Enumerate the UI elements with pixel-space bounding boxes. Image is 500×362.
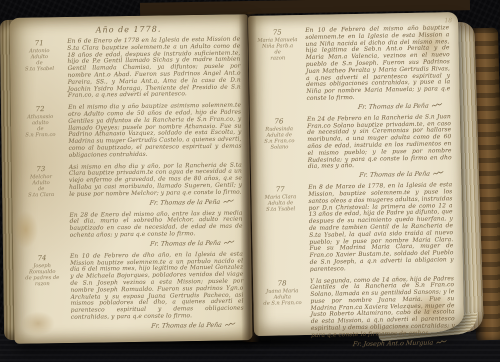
priest-signature: Fr. Thomas de la Peña [308,169,453,180]
entry-margin: 76 Rudesinda Adulta de S.n Fran.co Solan… [257,117,302,181]
baptism-entry: 74 Joseph Romualdo de padres de razon En… [20,251,244,331]
right-page: 18 75 Maria Manuela Niña Parb.a de razon… [248,12,464,336]
entry-body-text: Y la segunda, como de 14 años, hija de P… [310,276,455,340]
right-page-content: 75 Maria Manuela Niña Parb.a de razon En… [255,25,455,326]
entry-number: 78 [260,279,304,288]
baptism-entry: 73 Melchor Adulto de S.ta Clara Asi mism… [19,162,243,208]
signature-text: Fr. Thomas de la Peña [359,170,431,178]
baptism-entry: 72 Athanasio adulto de S.n Fran.co En el… [18,103,242,160]
entry-margin-note: Rudesinda Adulta de S.n Fran.co Solano [257,126,301,151]
entry-number: 75 [255,28,299,37]
entry-margin-note: Maria Clara Adulta de S.ta Ysabel [258,194,302,213]
entry-margin: 71 Antonio Adulto de S.ta Ysabel [17,39,62,101]
rubric-flourish-icon [436,338,448,346]
priest-signature: Fr. Thomas de la Peña [306,101,451,112]
entry-margin [19,212,63,249]
entry-number [19,212,63,213]
priest-signature: Fr. Thomas de la Peña [69,197,243,207]
year-header: Año de 1778. [17,24,240,36]
signature-text: Fr. Thomas de la Peña [150,239,222,247]
baptism-entry: En 28 de Enero del mismo año, entre las … [19,210,242,249]
entry-body-text: En el mismo dia y año bauptize asimismo … [68,103,242,160]
entry-margin: 77 Maria Clara Adulta de S.ta Ysabel [258,185,304,274]
entry-margin: 74 Joseph Romualdo de padres de razon [20,254,65,332]
baptism-entry: 78 Juana Maria Adulta de S.n Fran.co Y l… [260,276,455,350]
entry-margin-note: Juana Maria Adulta de S.n Fran.co [260,288,304,307]
priest-signature: Fr. Thomas de la Peña [70,320,244,330]
entry-body-text: En 28 de Enero del mismo año, entre las … [69,210,242,239]
entry-number: 71 [17,39,61,48]
folio-number: 18 [444,17,452,24]
entry-body-text: En 10 de Febrero del mismo año bauptize … [305,25,450,103]
baptism-entry: 75 Maria Manuela Niña Parb.a de razon En… [255,25,451,112]
signature-text: Fr. Thomas de la Peña [151,321,223,329]
entry-margin-note: Melchor Adulto de S.ta Clara [19,173,63,198]
entry-number: 76 [257,117,301,126]
rubric-flourish-icon [433,169,445,177]
rubric-flourish-icon [224,320,236,328]
baptism-entry: 76 Rudesinda Adulta de S.n Fran.co Solan… [257,114,452,181]
entry-number: 73 [19,164,63,173]
entry-body-text: Asi mismo en dho dia y año, por la Ranch… [69,162,242,198]
rubric-flourish-icon [431,101,443,109]
entry-body-text: En 24 de Febrero en la Rancheria de S.n … [307,114,452,171]
baptism-entry: 77 Maria Clara Adulta de S.ta Ysabel En … [258,182,454,274]
signature-text: Fr. Thomas de la Peña [149,198,221,206]
entry-number: 74 [20,254,64,263]
entry-margin: 78 Juana Maria Adulta de S.n Fran.co [260,279,305,350]
baptism-entry: 71 Antonio Adulto de S.ta Ysabel En 6 de… [17,37,241,101]
entry-margin: 72 Athanasio adulto de S.n Fran.co [18,105,63,160]
entry-margin-note: Joseph Romualdo de padres de razon [20,263,64,288]
left-page-content: Año de 1778. 71 Antonio Adulto de S.ta Y… [17,24,244,336]
entry-margin-note: Maria Manuela Niña Parb.a de razon [255,37,299,62]
entry-margin-note [19,213,63,214]
priest-signature: Fr. Thomas de la Peña [69,238,243,248]
entry-body-text: En 8 de Marzo de 1778, en la Iglesia de … [308,182,454,273]
entry-margin-note: Antonio Adulto de S.ta Ysabel [17,48,61,73]
rubric-flourish-icon [223,197,235,205]
manuscript-photo: Año de 1778. 71 Antonio Adulto de S.ta Y… [0,0,500,362]
entry-margin: 73 Melchor Adulto de S.ta Clara [19,164,64,208]
rubric-flourish-icon [223,238,235,246]
signature-text: Fr. Joseph Ant.o Murguia [352,339,433,348]
entry-margin-note: Athanasio adulto de S.n Fran.co [18,114,62,139]
entry-body-text: En 6 de Enero de 1778 en la Iglesia de e… [67,37,241,100]
entry-number: 77 [258,185,302,194]
entry-number: 72 [18,105,62,114]
signature-text: Fr. Thomas de la Peña [358,102,430,110]
entry-body-text: En 10 de Febrero de dho año, en la Igles… [70,251,244,321]
left-page: Año de 1778. 71 Antonio Adulto de S.ta Y… [9,14,252,344]
entry-margin: 75 Maria Manuela Niña Parb.a de razon [255,28,301,113]
